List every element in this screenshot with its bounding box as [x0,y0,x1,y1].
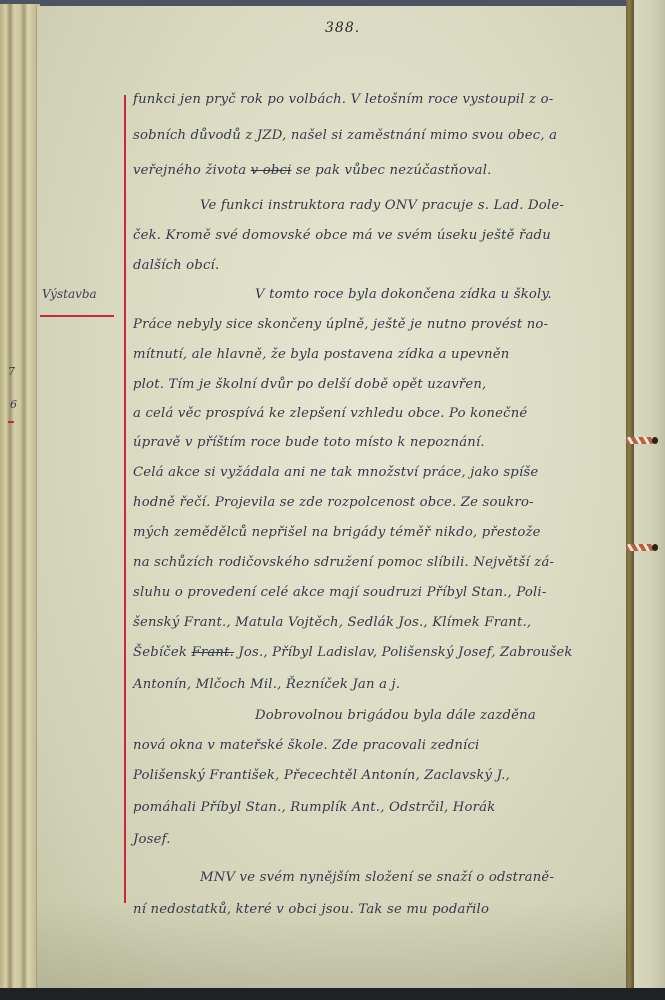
text-segment: se pak vůbec nezúčastňoval. [292,163,492,178]
margin-mark: 7 [8,365,15,378]
text-line: úpravě v příštím roce bude toto místo k … [133,435,603,450]
text-line: hodně řečí. Projevila se zde rozpolcenos… [133,495,603,510]
text-line: a celá věc prospívá ke zlepšení vzhledu … [133,406,603,421]
text-line: dalších obcí. [133,258,603,273]
text-line: V tomto roce byla dokončena zídka u škol… [255,287,600,302]
text-line: sobních důvodů z JZD, našel si zaměstnán… [133,128,603,143]
text-line: Práce nebyly sice skončeny úplně, ještě … [133,317,603,332]
struck-text: v obci [251,163,292,178]
text-line: Celá akce si vyžádala ani ne tak množstv… [133,465,603,480]
text-line: na schůzích rodičovského sdružení pomoc … [133,555,603,570]
text-line: Ve funkci instruktora rady ONV pracuje s… [200,198,600,213]
margin-heading: Výstavba [42,287,97,301]
struck-text: Frant. [191,645,234,660]
red-margin-rule [124,95,126,903]
book-gutter-binding [626,0,634,990]
binding-thread-icon [626,437,654,444]
text-line: mých zemědělců nepřišel na brigády téměř… [133,525,603,540]
book-page-stack-edge [0,4,40,990]
text-line: Dobrovolnou brigádou byla dále zazděna [255,708,600,723]
page-number: 388. [325,20,360,36]
margin-mark: 6 [10,398,17,411]
text-line: ní nedostatků, které v obci jsou. Tak se… [133,902,603,917]
text-line: šenský Frant., Matula Vojtěch, Sedlák Jo… [133,615,603,630]
text-line: Josef. [133,832,603,847]
text-line: Šebíček Frant. Jos., Příbyl Ladislav, Po… [133,645,603,660]
text-line: Polišenský František, Přecechtěl Antonín… [133,768,603,783]
text-segment: Šebíček [133,645,191,660]
thread-knot-icon [652,437,658,444]
text-line: MNV ve svém nynějším složení se snaží o … [200,870,600,885]
text-line: pomáhali Příbyl Stan., Rumplík Ant., Ods… [133,800,603,815]
text-line: funkci jen pryč rok po volbách. V letošn… [133,92,603,107]
text-line: veřejného života v obci se pak vůbec nez… [133,163,603,178]
text-line: sluhu o provedení celé akce mají soudruz… [133,585,603,600]
margin-heading-underline [40,315,114,317]
text-line: Antonín, Mlčoch Mil., Řezníček Jan a j. [133,677,603,692]
background-desk-bottom [0,988,665,1000]
text-line: plot. Tím je školní dvůr po delší době o… [133,377,603,392]
margin-red-dash [8,421,14,423]
binding-thread-icon [626,544,654,551]
text-line: mítnutí, ale hlavně, že byla postavena z… [133,347,603,362]
text-line: ček. Kromě své domovské obce má ve svém … [133,228,603,243]
thread-knot-icon [652,544,658,551]
text-segment: veřejného života [133,163,251,178]
text-segment: Jos., Příbyl Ladislav, Polišenský Josef,… [234,645,573,660]
text-line: nová okna v mateřské škole. Zde pracoval… [133,738,603,753]
facing-page-edge [634,0,665,990]
